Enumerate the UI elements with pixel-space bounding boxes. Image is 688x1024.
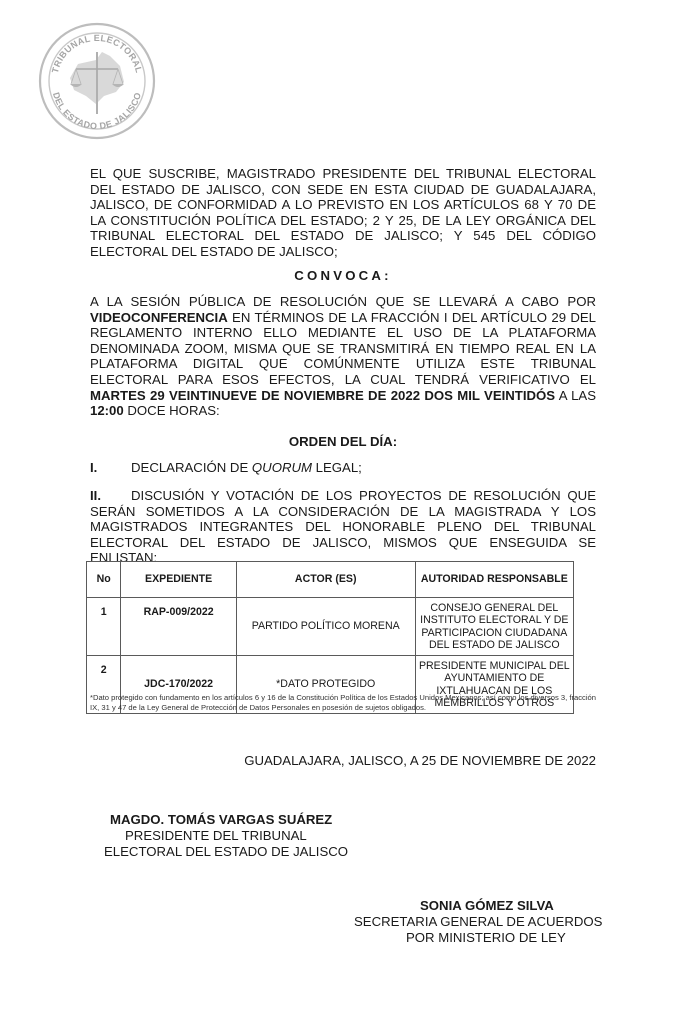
convocatoria-paragraph: A LA SESIÓN PÚBLICA DE RESOLUCIÓN QUE SE…	[90, 294, 596, 419]
agenda-number: I.	[90, 460, 131, 475]
signer-name: MAGDO. TOMÁS VARGAS SUÁREZ	[104, 812, 348, 828]
orden-del-dia-heading: ORDEN DEL DÍA:	[90, 434, 596, 449]
agenda-italic-term: QUORUM	[252, 460, 312, 475]
intro-paragraph: EL QUE SUSCRIBE, MAGISTRADO PRESIDENTE D…	[90, 166, 596, 260]
table-row: 1 RAP-009/2022 PARTIDO POLÍTICO MORENA C…	[87, 598, 574, 656]
expedientes-table: No EXPEDIENTE ACTOR (ES) AUTORIDAD RESPO…	[86, 561, 574, 714]
convoca-heading: CONVOCA:	[90, 268, 596, 283]
agenda-text: DECLARACIÓN DE	[131, 460, 252, 475]
signer-title: POR MINISTERIO DE LEY	[354, 930, 602, 946]
footnote: *Dato protegido con fundamento en los ar…	[90, 693, 596, 713]
convocatoria-text: A LA SESIÓN PÚBLICA DE RESOLUCIÓN QUE SE…	[90, 294, 596, 309]
convocatoria-text: DOCE HORAS:	[124, 403, 220, 418]
signature-block-president: MAGDO. TOMÁS VARGAS SUÁREZ PRESIDENTE DE…	[104, 812, 348, 860]
session-date: MARTES 29 VEINTINUEVE DE NOVIEMBRE DE 20…	[90, 388, 555, 403]
cell-autoridad: CONSEJO GENERAL DEL INSTITUTO ELECTORAL …	[415, 598, 573, 656]
agenda-number: II.	[90, 488, 131, 504]
agenda-item-2: II.DISCUSIÓN Y VOTACIÓN DE LOS PROYECTOS…	[90, 488, 596, 566]
signer-title: PRESIDENTE DEL TRIBUNAL	[104, 828, 348, 844]
cell-actor: PARTIDO POLÍTICO MORENA	[236, 598, 415, 656]
tribunal-seal-logo: TRIBUNAL ELECTORAL DEL ESTADO DE JALISCO	[38, 22, 156, 140]
convocatoria-text: A LAS	[555, 388, 596, 403]
signer-title: ELECTORAL DEL ESTADO DE JALISCO	[104, 844, 348, 860]
agenda-item-1: I.DECLARACIÓN DE QUORUM LEGAL;	[90, 460, 596, 475]
session-time: 12:00	[90, 403, 124, 418]
signer-name: SONIA GÓMEZ SILVA	[354, 898, 602, 914]
header-no: No	[87, 562, 121, 598]
signer-title: SECRETARIA GENERAL DE ACUERDOS	[354, 914, 602, 930]
cell-no: 1	[87, 598, 121, 656]
header-expediente: EXPEDIENTE	[121, 562, 236, 598]
agenda-text: LEGAL;	[312, 460, 362, 475]
header-autoridad: AUTORIDAD RESPONSABLE	[415, 562, 573, 598]
agenda-text: DISCUSIÓN Y VOTACIÓN DE LOS PROYECTOS DE…	[90, 488, 596, 565]
date-line: GUADALAJARA, JALISCO, A 25 DE NOVIEMBRE …	[244, 753, 596, 768]
cell-expediente: RAP-009/2022	[121, 598, 236, 656]
header-actor: ACTOR (ES)	[236, 562, 415, 598]
session-mode: VIDEOCONFERENCIA	[90, 310, 228, 325]
table-header-row: No EXPEDIENTE ACTOR (ES) AUTORIDAD RESPO…	[87, 562, 574, 598]
signature-block-secretary: SONIA GÓMEZ SILVA SECRETARIA GENERAL DE …	[354, 898, 602, 946]
